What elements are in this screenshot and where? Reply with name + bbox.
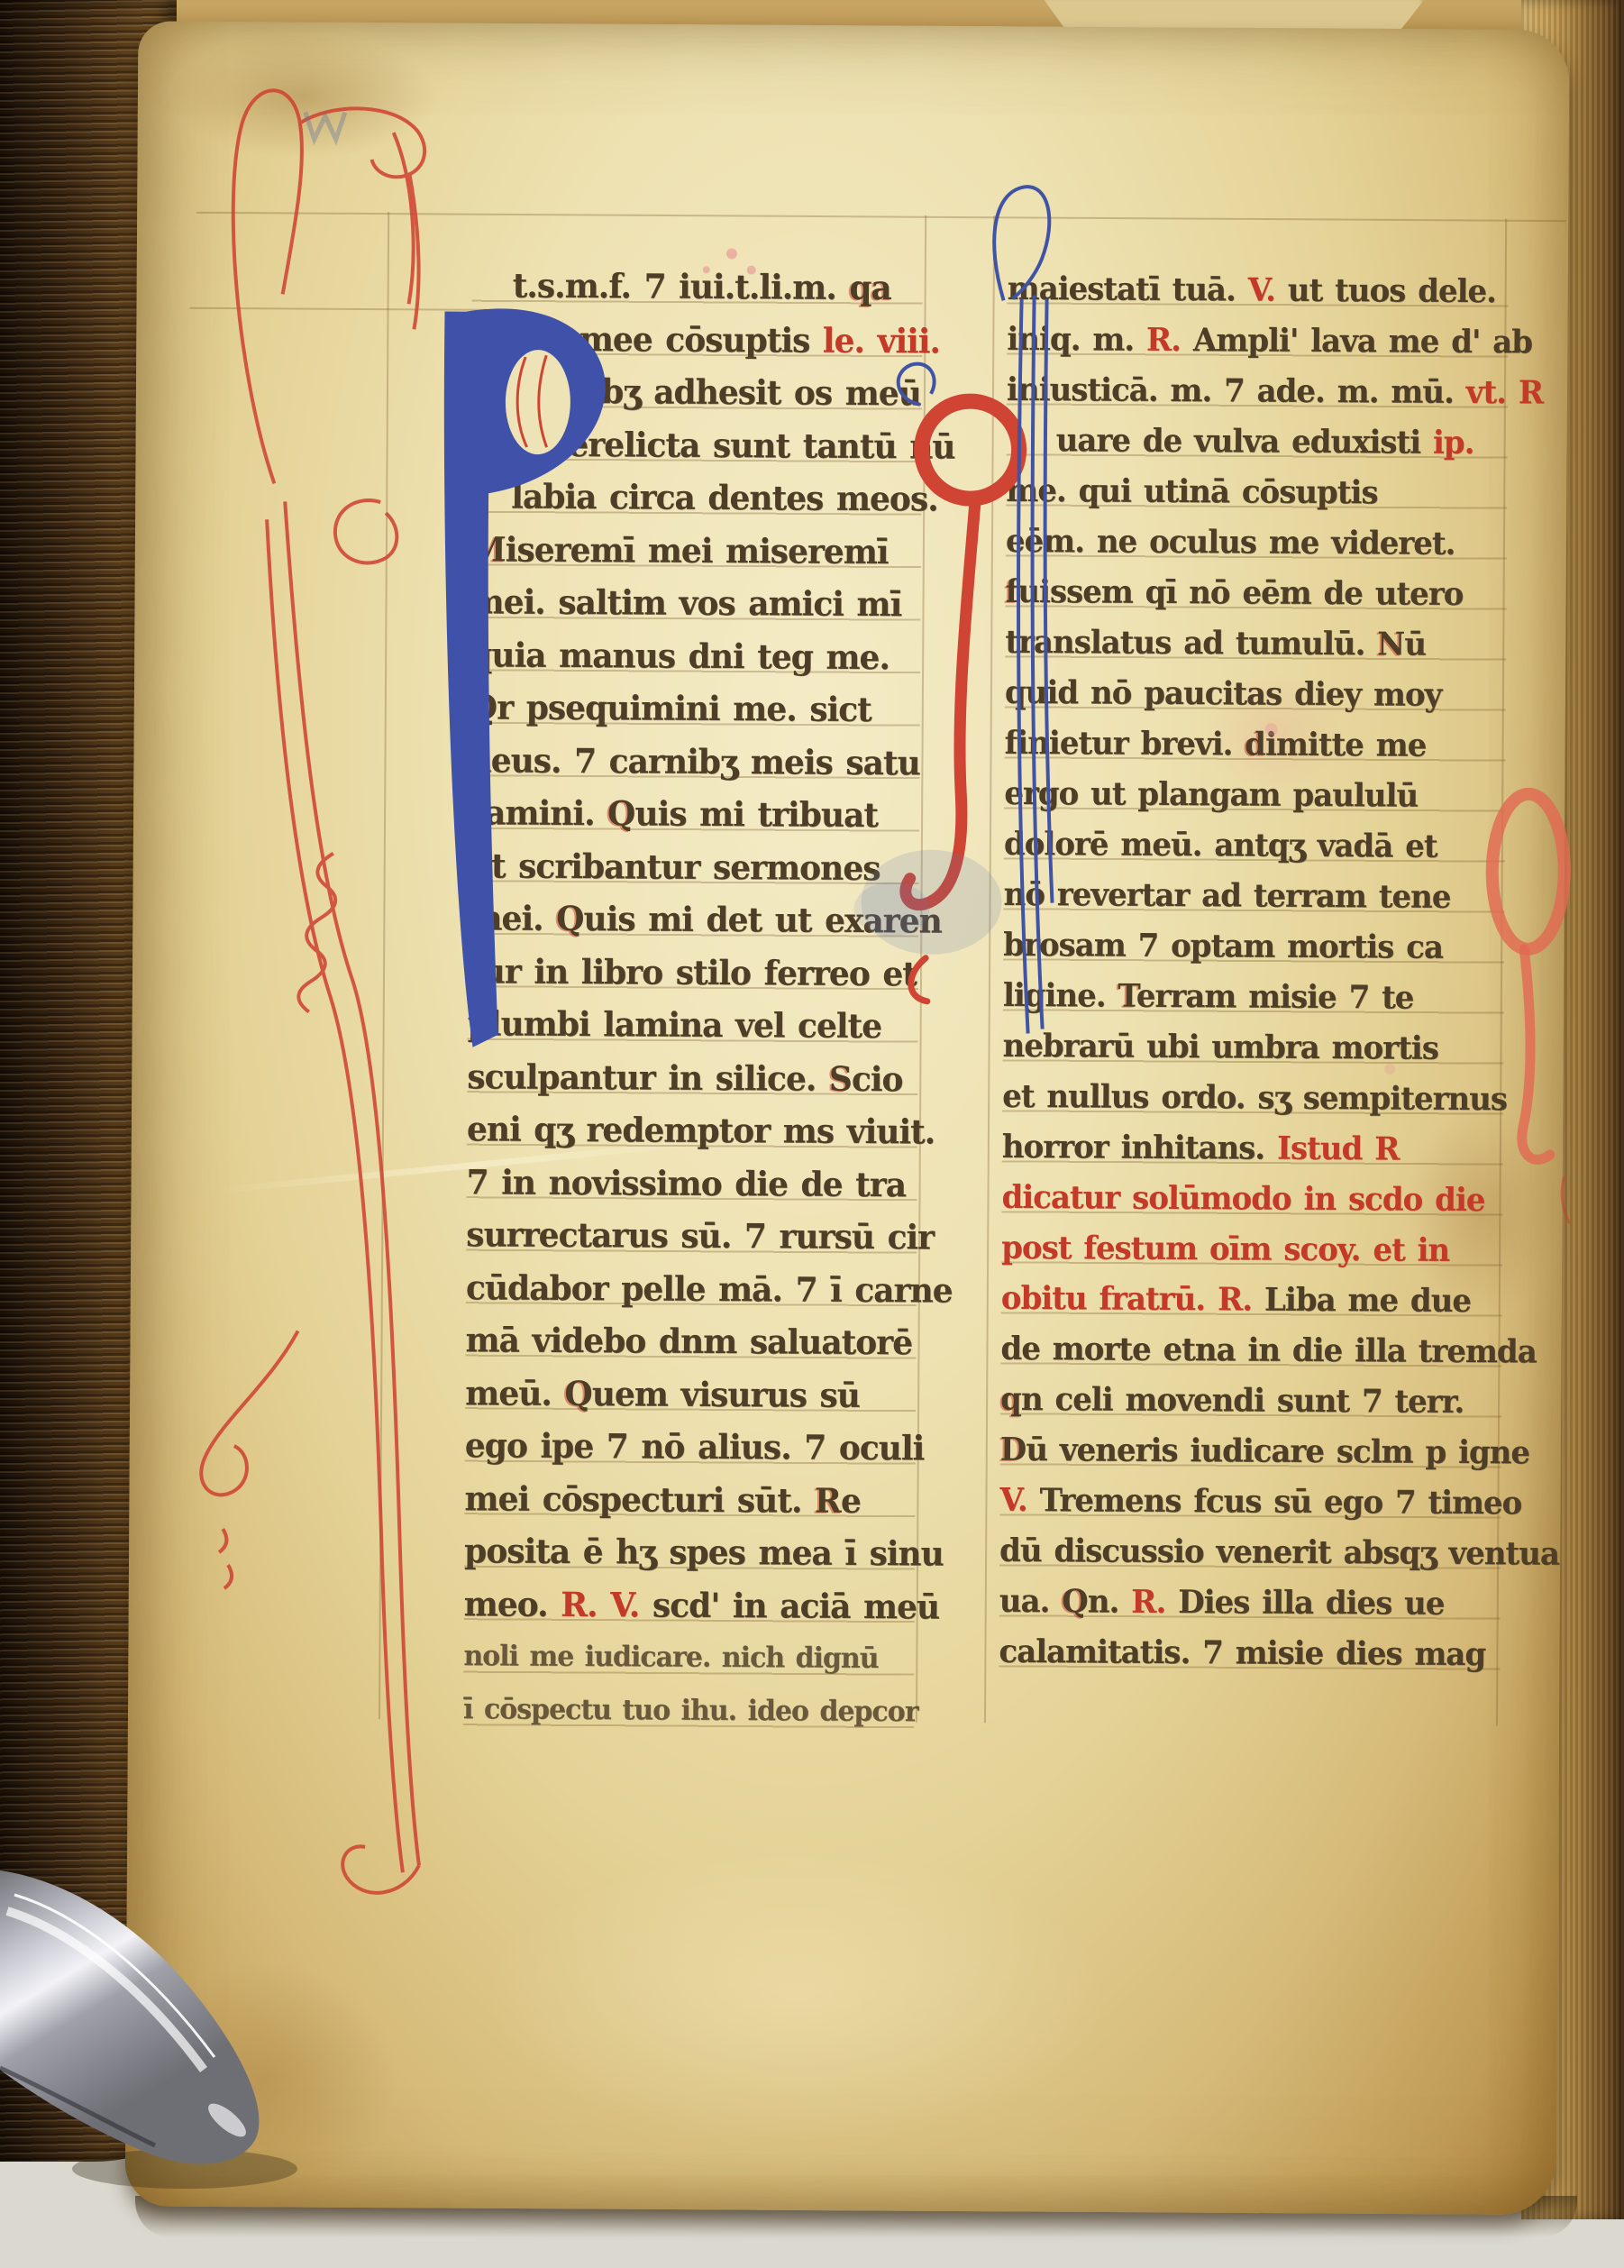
metal-page-holder — [0, 0, 1624, 2268]
manuscript-photo: t.s.m.f. 7 iui.t.li.m. qaelli mee cōsupt… — [0, 0, 1624, 2268]
